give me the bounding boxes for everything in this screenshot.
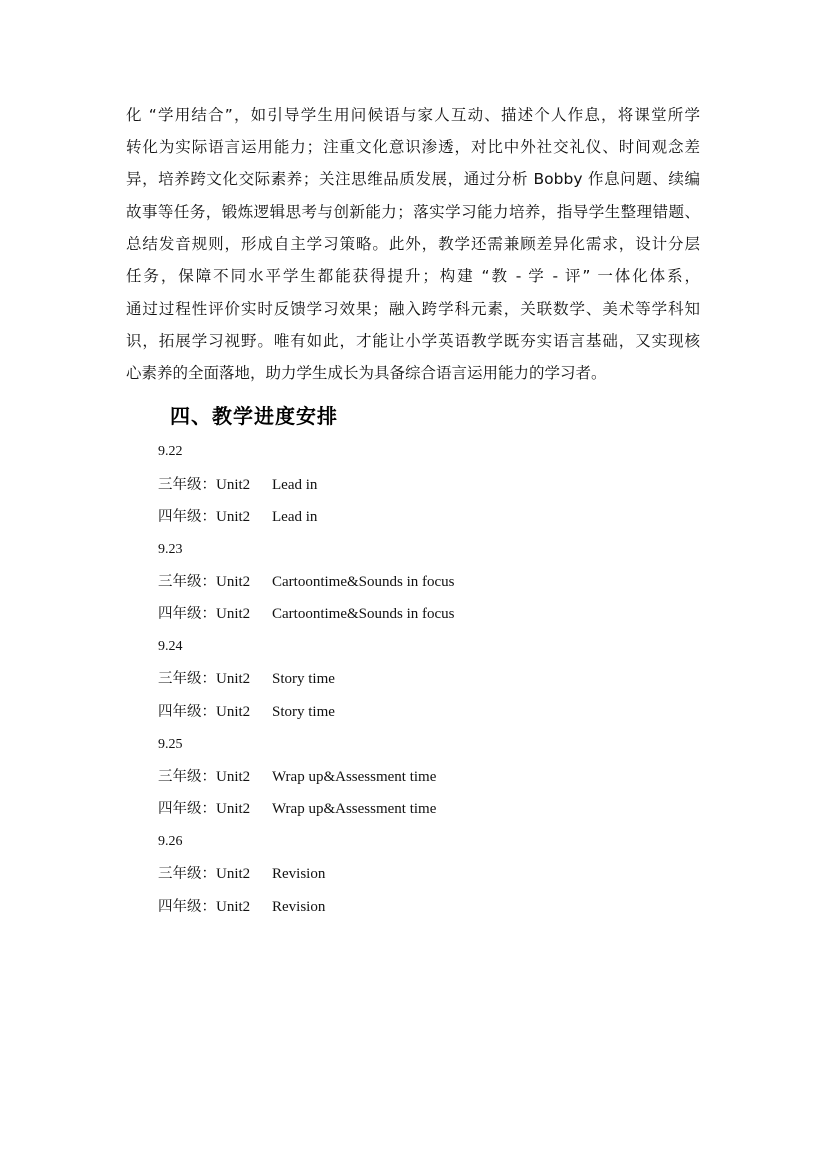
grade-label: 四年级： [158, 509, 216, 525]
grade-label: 三年级： [158, 574, 216, 590]
schedule-row: 四年级：Unit2Story time [158, 698, 335, 726]
grade-label: 四年级： [158, 899, 216, 915]
grade-label: 三年级： [158, 866, 216, 882]
topic-label: Lead in [272, 509, 317, 525]
topic-label: Lead in [272, 477, 317, 493]
grade-label: 三年级： [158, 477, 216, 493]
topic-label: Cartoontime&Sounds in focus [272, 574, 455, 590]
grade-label: 四年级： [158, 606, 216, 622]
schedule-date: 9.25 [158, 731, 183, 759]
paragraph-line: 通过过程性评价实时反馈学习效果；融入跨学科元素，关联数学、美术等学科知 [126, 293, 700, 325]
paragraph-line: 识，拓展学习视野。唯有如此，才能让小学英语教学既夯实语言基础，又实现核 [126, 325, 700, 357]
paragraph-line: 总结发音规则，形成自主学习策略。此外，教学还需兼顾差异化需求，设计分层 [126, 228, 700, 260]
paragraph-line: 心素养的全面落地，助力学生成长为具备综合语言运用能力的学习者。 [126, 357, 700, 389]
schedule-row: 三年级：Unit2Cartoontime&Sounds in focus [158, 568, 455, 596]
schedule-row: 三年级：Unit2Revision [158, 860, 325, 888]
section-heading: 四、教学进度安排 [170, 398, 338, 434]
paragraph-line: 化 “学用结合”，如引导学生用问候语与家人互动、描述个人作息，将课堂所学 [126, 99, 700, 131]
schedule-row: 三年级：Unit2Lead in [158, 471, 317, 499]
schedule-row: 三年级：Unit2Wrap up&Assessment time [158, 763, 436, 791]
unit-label: Unit2 [216, 665, 272, 693]
unit-label: Unit2 [216, 503, 272, 531]
grade-label: 四年级： [158, 801, 216, 817]
schedule-row: 三年级：Unit2Story time [158, 665, 335, 693]
topic-label: Revision [272, 899, 325, 915]
unit-label: Unit2 [216, 600, 272, 628]
topic-label: Revision [272, 866, 325, 882]
paragraph-line: 转化为实际语言运用能力；注重文化意识渗透，对比中外社交礼仪、时间观念差 [126, 131, 700, 163]
unit-label: Unit2 [216, 471, 272, 499]
topic-label: Wrap up&Assessment time [272, 769, 436, 785]
schedule-row: 四年级：Unit2Revision [158, 893, 325, 921]
topic-label: Wrap up&Assessment time [272, 801, 436, 817]
topic-label: Story time [272, 671, 335, 687]
document-page: 化 “学用结合”，如引导学生用问候语与家人互动、描述个人作息，将课堂所学 转化为… [0, 0, 827, 1170]
unit-label: Unit2 [216, 698, 272, 726]
unit-label: Unit2 [216, 860, 272, 888]
schedule-date: 9.26 [158, 828, 183, 856]
schedule-row: 四年级：Unit2Lead in [158, 503, 317, 531]
paragraph-line: 任务，保障不同水平学生都能获得提升；构建 “教 - 学 - 评” 一体化体系， [126, 260, 700, 292]
grade-label: 三年级： [158, 769, 216, 785]
grade-label: 三年级： [158, 671, 216, 687]
paragraph-line: 异，培养跨文化交际素养；关注思维品质发展，通过分析 Bobby 作息问题、续编 [126, 163, 700, 195]
unit-label: Unit2 [216, 893, 272, 921]
schedule-date: 9.24 [158, 633, 183, 661]
unit-label: Unit2 [216, 568, 272, 596]
schedule-row: 四年级：Unit2Cartoontime&Sounds in focus [158, 600, 455, 628]
unit-label: Unit2 [216, 763, 272, 791]
topic-label: Story time [272, 704, 335, 720]
schedule-date: 9.23 [158, 536, 183, 564]
schedule-date: 9.22 [158, 438, 183, 466]
grade-label: 四年级： [158, 704, 216, 720]
unit-label: Unit2 [216, 795, 272, 823]
topic-label: Cartoontime&Sounds in focus [272, 606, 455, 622]
paragraph-line: 故事等任务，锻炼逻辑思考与创新能力；落实学习能力培养，指导学生整理错题、 [126, 196, 700, 228]
schedule-row: 四年级：Unit2Wrap up&Assessment time [158, 795, 436, 823]
